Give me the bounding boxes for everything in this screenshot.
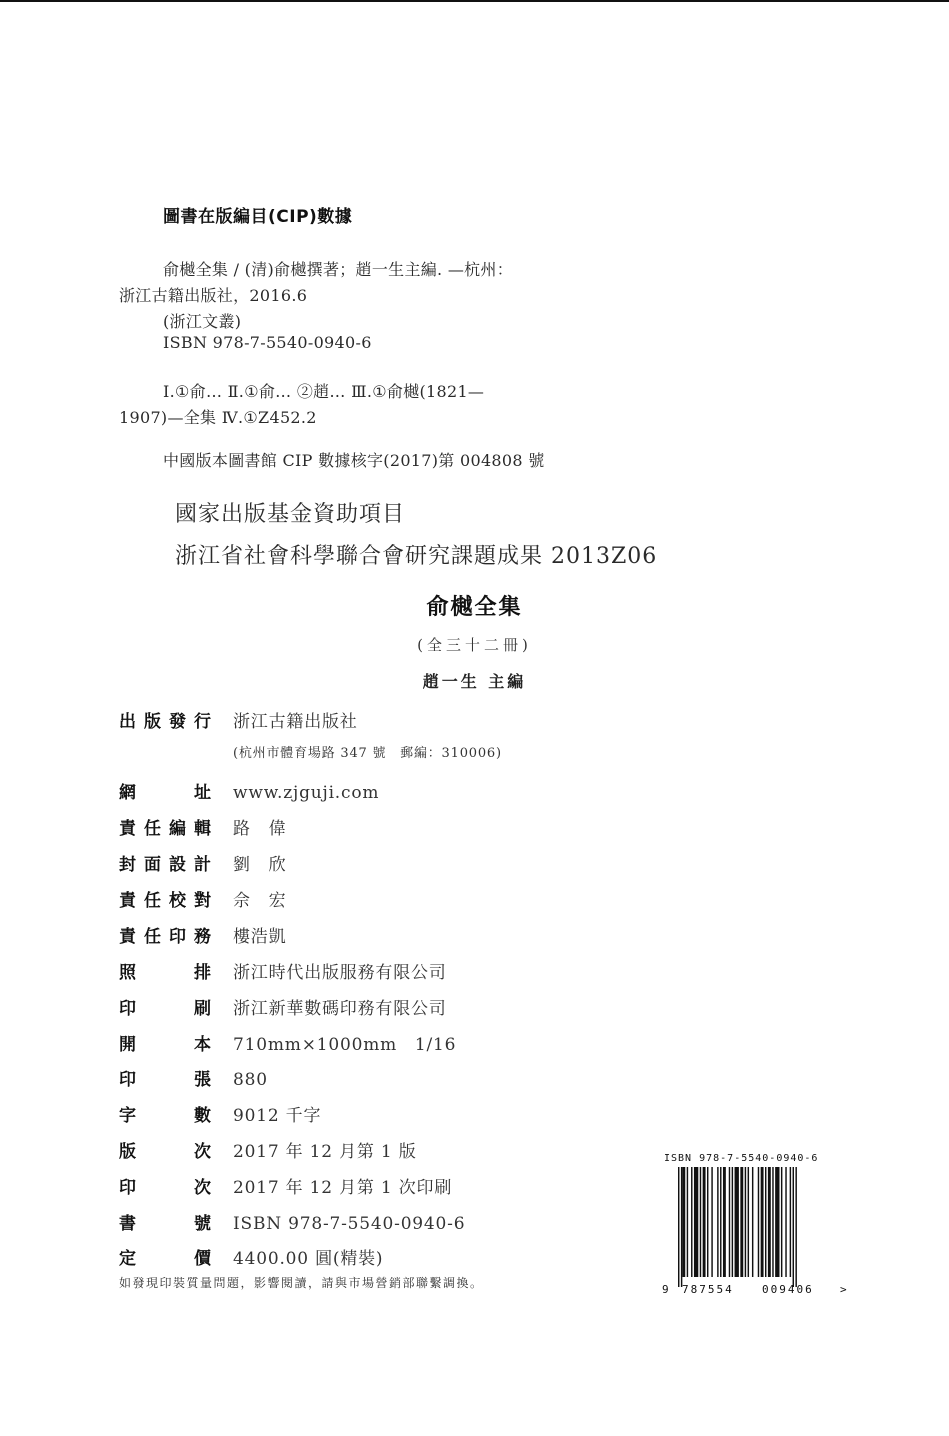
info-label-char: 張 <box>194 1065 211 1090</box>
info-value: 浙江古籍出版社 <box>233 707 358 732</box>
barcode-bars-icon <box>678 1167 843 1287</box>
info-label-char: 照 <box>119 958 136 983</box>
info-label: 封面設計 <box>119 850 211 875</box>
quality-notice: 如發現印裝質量問題，影響閱讀，請與市場營銷部聯繫調換。 <box>119 1274 484 1291</box>
info-label-char: 印 <box>119 1173 136 1198</box>
info-label-char: 輯 <box>194 814 211 839</box>
cip-line-series: (浙江文叢) <box>163 309 241 332</box>
info-row: 照排浙江時代出版服務有限公司 <box>119 958 447 984</box>
info-label-char: 址 <box>194 778 211 803</box>
info-label-char: 封 <box>119 850 136 875</box>
info-label-char: 書 <box>119 1209 136 1234</box>
info-value: 浙江新華數碼印務有限公司 <box>233 994 447 1019</box>
info-value: 路 偉 <box>233 814 286 839</box>
info-row: 出版發行浙江古籍出版社 <box>119 707 358 733</box>
info-label-char: 任 <box>144 922 161 947</box>
info-value: 880 <box>233 1070 268 1090</box>
info-label-char: 印 <box>119 1065 136 1090</box>
info-label-char: 編 <box>169 814 186 839</box>
info-label: 版次 <box>119 1137 211 1162</box>
info-value: 710mm×1000mm 1/16 <box>233 1030 456 1055</box>
info-label-char: 發 <box>169 707 186 732</box>
barcode-arrow: > <box>840 1283 847 1296</box>
info-label: 字數 <box>119 1101 211 1126</box>
info-label-char: 責 <box>119 922 136 947</box>
info-label-char: 印 <box>169 922 186 947</box>
info-label-char: 定 <box>119 1244 136 1269</box>
cip-heading: 圖書在版編目(CIP)數據 <box>163 202 352 227</box>
info-label-char: 計 <box>194 850 211 875</box>
info-row: 字數9012 千字 <box>119 1101 321 1127</box>
book-volumes: (全三十二冊) <box>0 634 949 655</box>
info-label-char: 出 <box>119 707 136 732</box>
info-label-char: 號 <box>194 1209 211 1234</box>
info-value: ISBN 978-7-5540-0940-6 <box>233 1214 465 1234</box>
info-label-char: 版 <box>144 707 161 732</box>
barcode-group-left: 787554 <box>682 1283 756 1296</box>
info-label-char: 面 <box>144 850 161 875</box>
info-row: 封面設計劉 欣 <box>119 850 286 876</box>
info-label-char: 次 <box>194 1173 211 1198</box>
info-label: 網址 <box>119 778 211 803</box>
barcode-digits: 9 787554 009406 > <box>662 1283 852 1296</box>
info-label-char: 設 <box>169 850 186 875</box>
info-label: 印張 <box>119 1065 211 1090</box>
info-row: 責任編輯路 偉 <box>119 814 286 840</box>
info-label-char: 印 <box>119 994 136 1019</box>
info-value: 4400.00 圓(精裝) <box>233 1244 383 1269</box>
funding-line-provincial: 浙江省社會科學聯合會研究課題成果 2013Z06 <box>175 539 657 570</box>
info-value: 浙江時代出版服務有限公司 <box>233 958 447 983</box>
info-label: 開本 <box>119 1030 211 1055</box>
cip-line-classification-2: 1907)—全集 Ⅳ.①Z452.2 <box>119 405 317 428</box>
info-label-char: 網 <box>119 778 136 803</box>
barcode-isbn-text: ISBN 978-7-5540-0940-6 <box>664 1153 818 1164</box>
publisher-address: (杭州市體育場路 347 號 郵編：310006) <box>233 742 502 761</box>
info-label-char: 任 <box>144 886 161 911</box>
info-label: 定價 <box>119 1244 211 1269</box>
funding-line-national: 國家出版基金資助項目 <box>175 497 405 528</box>
top-border-rule <box>0 0 949 2</box>
barcode-group-right: 009406 <box>762 1283 836 1296</box>
info-label-char: 次 <box>194 1137 211 1162</box>
info-row: 版次2017 年 12 月第 1 版 <box>119 1137 417 1163</box>
cip-line-classification-1: Ⅰ.①俞… Ⅱ.①俞… ②趙… Ⅲ.①俞樾(1821— <box>163 379 484 402</box>
info-label-char: 刷 <box>194 994 211 1019</box>
info-value: 劉 欣 <box>233 850 286 875</box>
info-row: 開本710mm×1000mm 1/16 <box>119 1030 456 1056</box>
info-value: 9012 千字 <box>233 1101 321 1126</box>
cip-line-approval: 中國版本圖書館 CIP 數據核字(2017)第 004808 號 <box>163 448 545 471</box>
info-label: 責任印務 <box>119 922 211 947</box>
book-editor: 趙一生 主編 <box>0 669 949 692</box>
info-row: 網址www.zjguji.com <box>119 778 379 804</box>
info-label: 責任校對 <box>119 886 211 911</box>
isbn-barcode: ISBN 978-7-5540-0940-6 9 787554 009406 > <box>660 1150 860 1300</box>
cip-line-publisher: 浙江古籍出版社，2016.6 <box>119 283 307 306</box>
info-label-char: 對 <box>194 886 211 911</box>
info-value: 佘 宏 <box>233 886 286 911</box>
info-row: 書號ISBN 978-7-5540-0940-6 <box>119 1209 465 1235</box>
info-label-char: 字 <box>119 1101 136 1126</box>
info-row: 責任校對佘 宏 <box>119 886 286 912</box>
info-row: 印次2017 年 12 月第 1 次印刷 <box>119 1173 452 1199</box>
info-row: 定價4400.00 圓(精裝) <box>119 1244 383 1270</box>
info-label-char: 版 <box>119 1137 136 1162</box>
info-label: 書號 <box>119 1209 211 1234</box>
info-row: 印刷浙江新華數碼印務有限公司 <box>119 994 447 1020</box>
info-label: 責任編輯 <box>119 814 211 839</box>
info-value: 2017 年 12 月第 1 版 <box>233 1137 417 1162</box>
info-label-char: 價 <box>194 1244 211 1269</box>
info-label: 出版發行 <box>119 707 211 732</box>
info-label: 印刷 <box>119 994 211 1019</box>
cip-line-isbn: ISBN 978-7-5540-0940-6 <box>163 333 372 352</box>
info-label-char: 本 <box>194 1030 211 1055</box>
info-label-char: 責 <box>119 886 136 911</box>
info-label: 照排 <box>119 958 211 983</box>
info-label: 印次 <box>119 1173 211 1198</box>
book-title: 俞樾全集 <box>0 590 949 621</box>
info-label-char: 排 <box>194 958 211 983</box>
info-label-char: 任 <box>144 814 161 839</box>
info-label-char: 務 <box>194 922 211 947</box>
info-label-char: 責 <box>119 814 136 839</box>
info-label-char: 行 <box>194 707 211 732</box>
cip-line-title: 俞樾全集 / (清)俞樾撰著；趙一生主編. —杭州： <box>163 257 513 280</box>
barcode-first-digit: 9 <box>662 1283 680 1296</box>
info-row: 責任印務樓浩凱 <box>119 922 286 948</box>
info-label-char: 數 <box>194 1101 211 1126</box>
info-value: www.zjguji.com <box>233 783 379 803</box>
info-value: 2017 年 12 月第 1 次印刷 <box>233 1173 452 1198</box>
info-label-char: 開 <box>119 1030 136 1055</box>
info-label-char: 校 <box>169 886 186 911</box>
info-value: 樓浩凱 <box>233 922 286 947</box>
info-row: 印張880 <box>119 1065 268 1091</box>
